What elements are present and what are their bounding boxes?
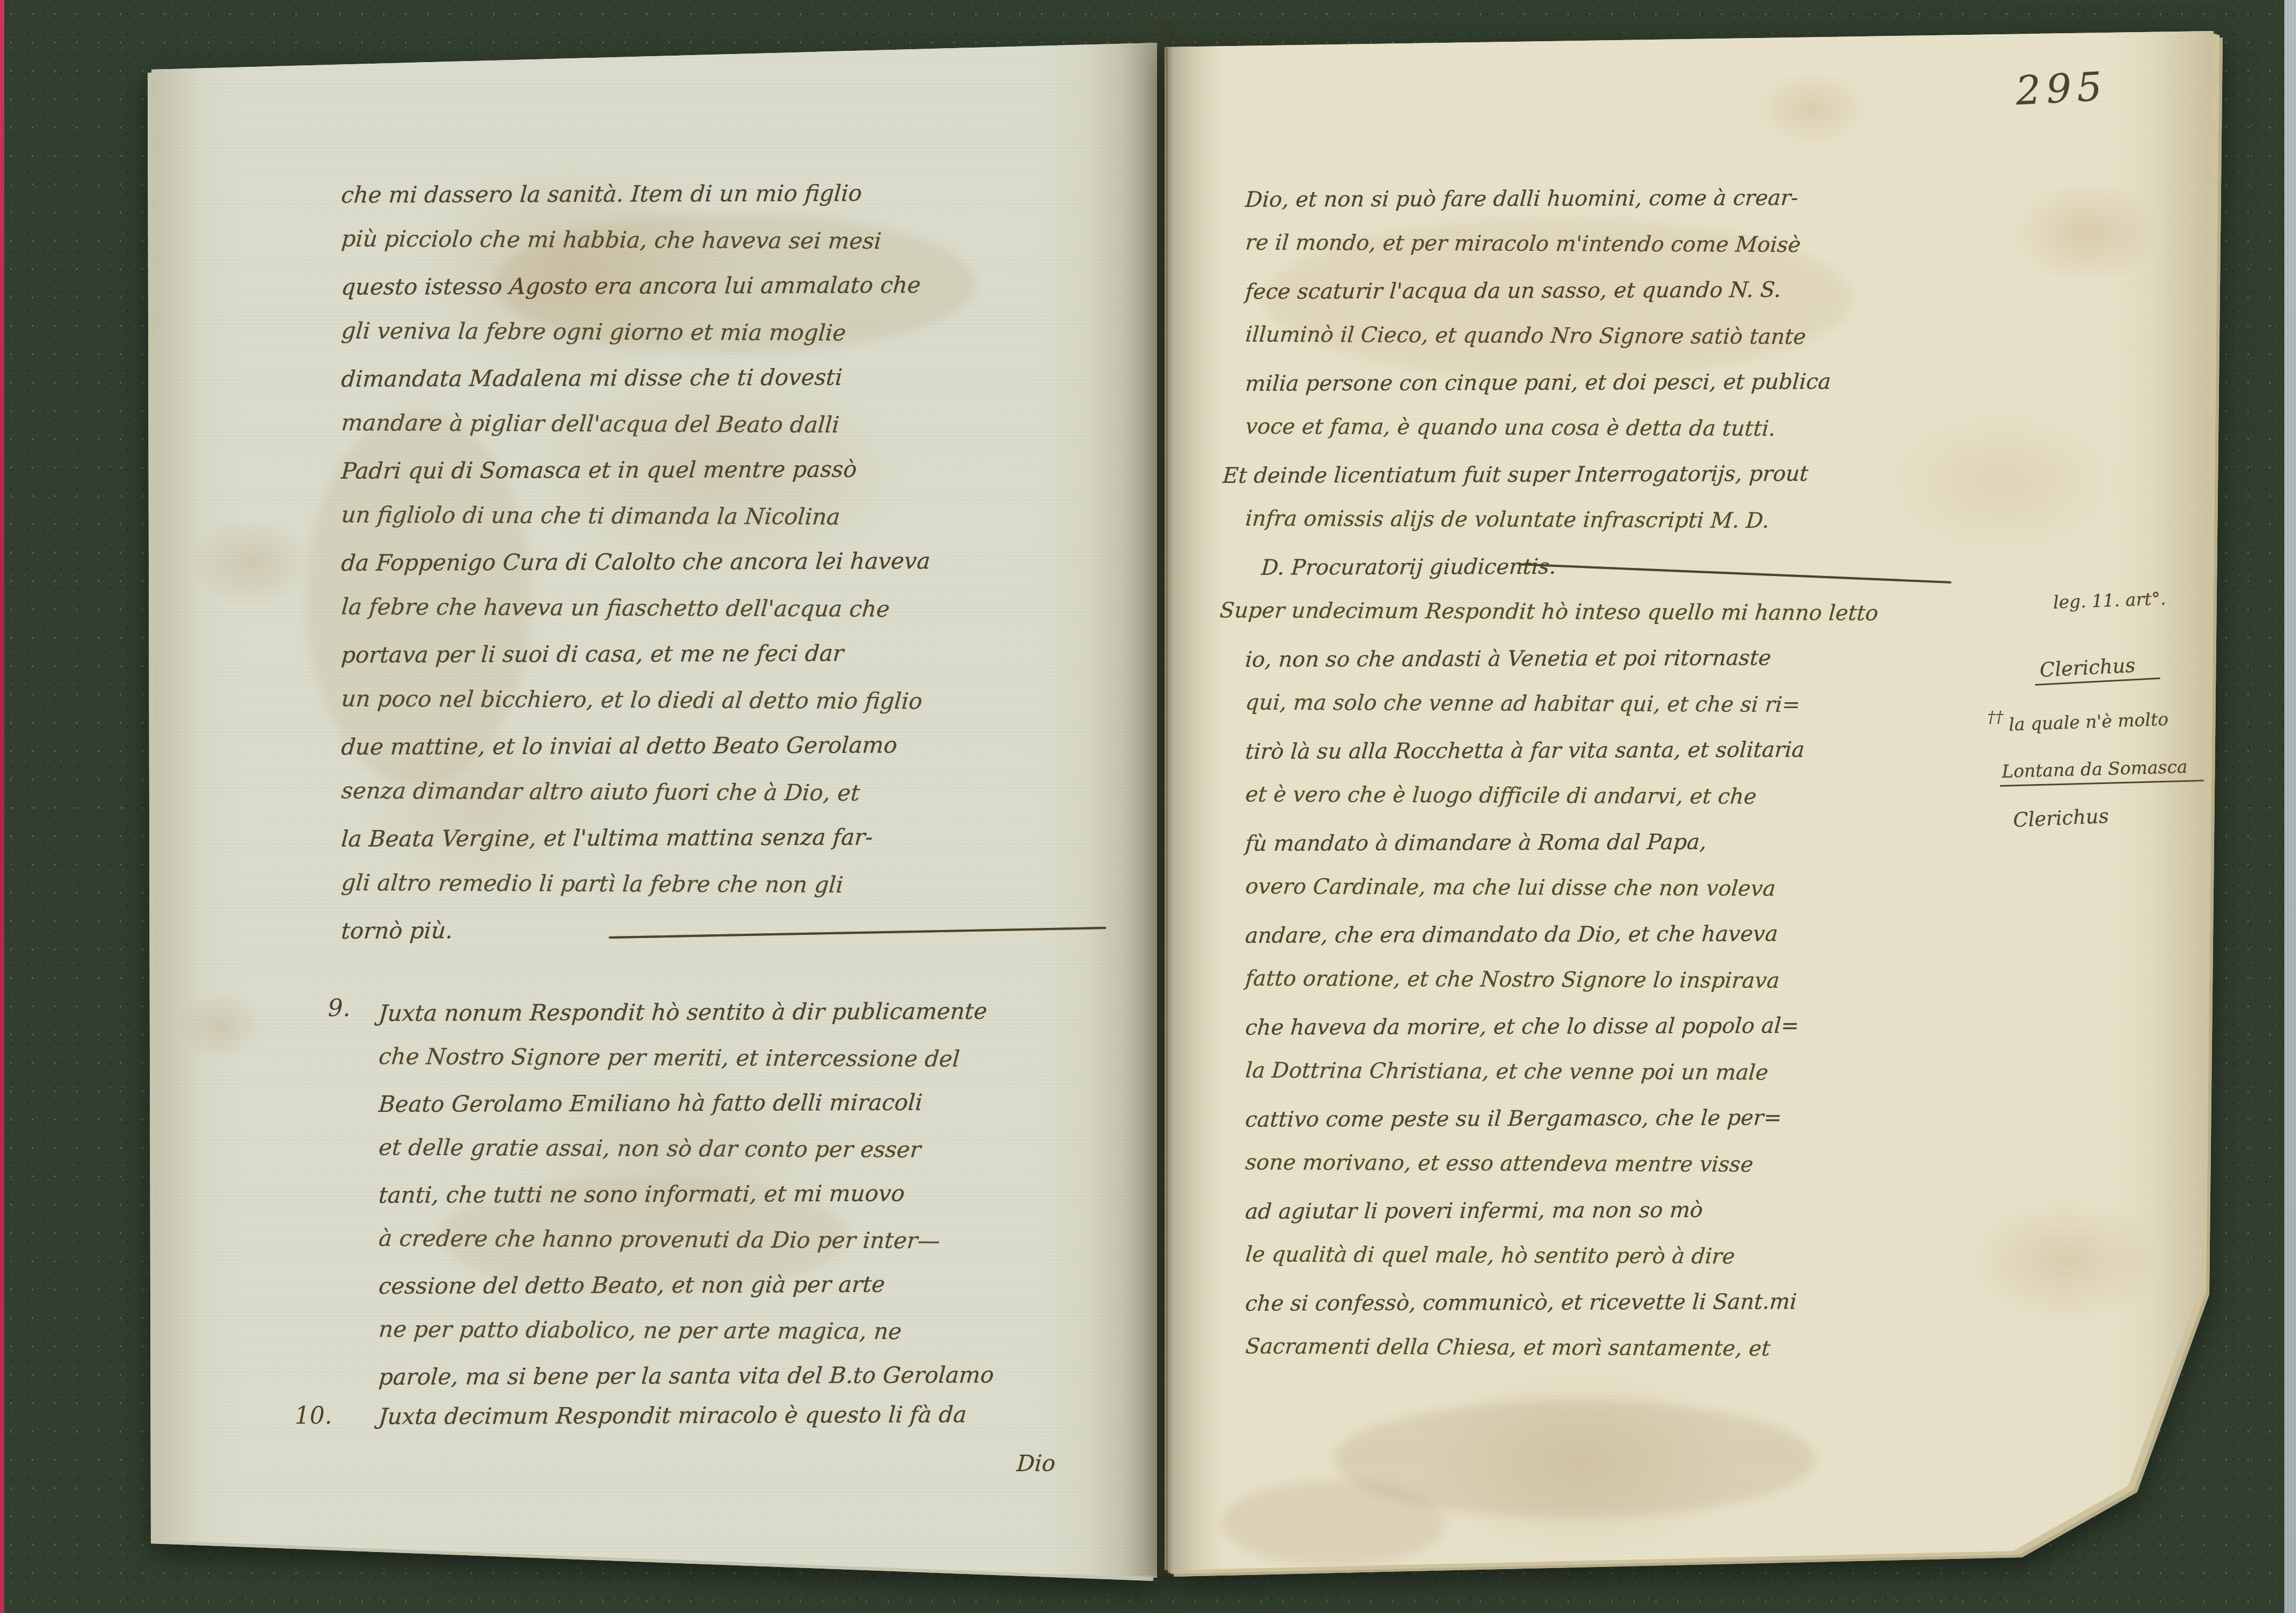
scan-edge-strip-right bbox=[2284, 0, 2296, 1613]
text-line: Padri qui di Somasca et in quel mentre p… bbox=[340, 446, 932, 494]
text-line: la febre che haveva un fiaschetto dell'a… bbox=[340, 584, 932, 633]
text-line: le qualità di quel male, hò sentito però… bbox=[1244, 1232, 2081, 1281]
foxing-stain bbox=[440, 1177, 847, 1294]
text-line: Super undecimum Respondit hò inteso quel… bbox=[1218, 587, 2081, 637]
text-line: et è vero che è luogo difficile di andar… bbox=[1244, 772, 2081, 821]
text-line: Dio, et non si può fare dalli huomini, c… bbox=[1244, 174, 2081, 222]
folio-number: 295 bbox=[2015, 64, 2109, 114]
text-line: che haveva da morire, et che lo disse al… bbox=[1244, 1002, 2081, 1050]
text-line: tirò là su alla Rocchetta à far vita san… bbox=[1244, 726, 2081, 774]
text-line: io, non so che andasti à Venetia et poi … bbox=[1244, 634, 2081, 682]
flourish-rule bbox=[609, 927, 1106, 939]
text-line: sone morivano, et esso attendeva mentre … bbox=[1244, 1140, 2081, 1189]
ink-bleedthrough bbox=[1221, 1480, 1446, 1566]
flourish-rule bbox=[1518, 563, 1951, 583]
text-line: cattivo come peste su il Bergamasco, che… bbox=[1244, 1094, 2081, 1142]
photo-canvas: che mi dassero la sanità. Item di un mio… bbox=[0, 0, 2296, 1613]
foxing-stain bbox=[494, 214, 975, 353]
text-line: più picciolo che mi habbia, che haveva s… bbox=[340, 216, 932, 265]
margin-note-article-ref: leg. 11. art°. bbox=[2053, 588, 2166, 612]
text-line: la Dottrina Christiana, et che venne poi… bbox=[1244, 1048, 2081, 1097]
text-line: voce et fama, è quando una cosa è detta … bbox=[1244, 404, 2081, 454]
text-line: illuminò il Cieco, et quando Nro Signore… bbox=[1244, 312, 2081, 362]
text-line: un figliolo di una che ti dimanda la Nic… bbox=[340, 492, 932, 541]
text-line: senza dimandar altro aiuto fuori che à D… bbox=[340, 768, 932, 817]
text-line: la Beata Vergine, et l'ultima mattina se… bbox=[340, 814, 932, 862]
manuscript-right-page: 295 Dio, et non si può fare dalli huomin… bbox=[1157, 15, 2214, 1572]
text-line: mandare à pigliar dell'acqua del Beato d… bbox=[340, 400, 932, 449]
text-line: fù mandato à dimandare à Roma dal Papa, bbox=[1244, 818, 2081, 866]
margin-note-clerichus: Clerichus bbox=[2034, 652, 2160, 686]
text-line: Et deinde licentiatum fuit super Interro… bbox=[1221, 450, 2081, 499]
paragraph-marker-9: 9. bbox=[328, 995, 350, 1022]
ink-bleedthrough bbox=[1334, 1400, 1815, 1518]
text-line: che mi dassero la sanità. Item di un mio… bbox=[340, 170, 932, 218]
text-line: Sacramenti della Chiesa, et morì santame… bbox=[1244, 1324, 2081, 1373]
text-line: Dio bbox=[873, 1450, 1056, 1477]
text-line: infra omissis alijs de voluntate infrasc… bbox=[1244, 496, 2081, 546]
text-line: che si confessò, communicò, et ricevette… bbox=[1244, 1278, 2081, 1326]
text-line: gli veniva la febre ogni giorno et mia m… bbox=[340, 308, 932, 357]
margin-note: Lontana da Somasca bbox=[1999, 756, 2203, 787]
left-page-answer-9-text: Juxta nonum Respondit hò sentito à dir p… bbox=[379, 989, 994, 1399]
text-line: tornò più. bbox=[340, 906, 932, 954]
text-line: fece scaturir l'acqua da un sasso, et qu… bbox=[1244, 266, 2081, 314]
text-line: D. Procuratorij giudicentis. bbox=[1260, 542, 2081, 590]
scan-edge-strip-left bbox=[0, 0, 4, 1613]
text-line: dimandata Madalena mi disse che ti doves… bbox=[340, 354, 932, 402]
text-line: ad agiutar li poveri infermi, ma non so … bbox=[1244, 1186, 2081, 1234]
margin-note-clerichus: Clerichus bbox=[2012, 804, 2109, 832]
foxing-stain bbox=[307, 412, 531, 786]
text-line: Juxta decimum Respondit miracolo è quest… bbox=[378, 1401, 967, 1430]
text-line: due mattine, et lo inviai al detto Beato… bbox=[340, 722, 932, 770]
text-line: questo istesso Agosto era ancora lui amm… bbox=[340, 262, 932, 310]
text-line: andare, che era dimandato da Dio, et che… bbox=[1244, 910, 2081, 958]
text-line: che Nostro Signore per meriti, et interc… bbox=[377, 1033, 996, 1081]
text-line: da Foppenigo Cura di Calolto che ancora … bbox=[340, 538, 932, 586]
right-page-paper: 295 Dio, et non si può fare dalli huomin… bbox=[1157, 15, 2214, 1572]
text-line: à credere che hanno provenuti da Dio per… bbox=[377, 1215, 996, 1263]
text-line: parole, ma si bene per la santa vita del… bbox=[377, 1352, 996, 1400]
text-line: re il mondo, et per miracolo m'intendo c… bbox=[1244, 220, 2081, 270]
text-line: overo Cardinale, ma che lui disse che no… bbox=[1244, 864, 2081, 913]
margin-note: la quale n'è molto bbox=[2008, 709, 2169, 735]
right-page-text: Dio, et non si può fare dalli huomini, c… bbox=[1245, 175, 2080, 1371]
paragraph-marker-10: 10. bbox=[295, 1402, 332, 1430]
left-page-answer-8-text: che mi dassero la sanità. Item di un mio… bbox=[341, 171, 930, 953]
foxing-stain bbox=[1264, 218, 1853, 379]
text-line: ne per patto diabolico, ne per arte magi… bbox=[377, 1306, 996, 1354]
text-line: qui, ma solo che venne ad habitar qui, e… bbox=[1244, 680, 2081, 729]
text-line: fatto oratione, et che Nostro Signore lo… bbox=[1244, 956, 2081, 1005]
text-line: un poco nel bicchiero, et lo diedi al de… bbox=[340, 676, 932, 725]
text-line: Juxta nonum Respondit hò sentito à dir p… bbox=[377, 988, 996, 1036]
text-line: gli altro remedio li partì la febre che … bbox=[340, 860, 932, 909]
text-line: tanti, che tutti ne sono informati, et m… bbox=[377, 1170, 996, 1218]
text-line: milia persone con cinque pani, et doi pe… bbox=[1244, 358, 2081, 406]
text-line: et delle gratie assai, non sò dar conto … bbox=[377, 1124, 996, 1172]
text-line: portava per li suoi di casa, et me ne fe… bbox=[340, 630, 932, 678]
left-page-paper: che mi dassero la sanità. Item di un mio… bbox=[151, 37, 1157, 1582]
margin-cross-marks: †† bbox=[1987, 708, 2003, 727]
text-line: Beato Gerolamo Emiliano hà fatto delli m… bbox=[377, 1079, 996, 1127]
manuscript-left-page: che mi dassero la sanità. Item di un mio… bbox=[151, 37, 1157, 1582]
text-line: cessione del detto Beato, et non già per… bbox=[377, 1261, 996, 1309]
